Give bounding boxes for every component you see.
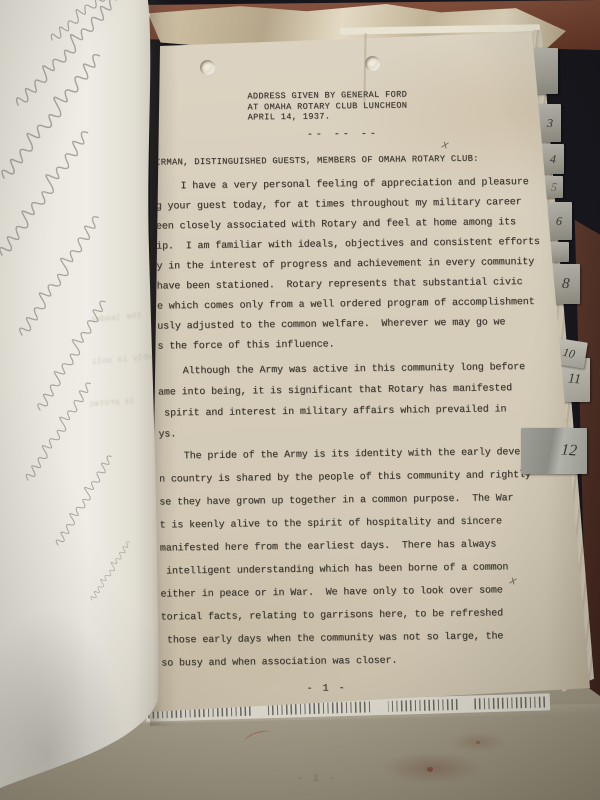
paragraph-3: The pride of the Army is its identity wi…: [159, 440, 582, 675]
index-tab-12: 12: [521, 428, 587, 474]
page-number: - 1 -: [162, 681, 492, 696]
typed-text: ADDRESS GIVEN BY GENERAL FORD AT OMAHA R…: [154, 87, 581, 696]
handwritten-left-page: the leader ably is soli is protec: [0, 0, 180, 800]
salutation-line: IRMAN, DISTINGUISHED GUESTS, MEMBERS OF …: [155, 152, 575, 167]
punch-hole: [365, 56, 380, 71]
punch-hole: [200, 60, 215, 75]
index-tab-3: 3: [538, 104, 561, 142]
stain-spot: [476, 741, 480, 744]
paragraph-1: I have a very personal feeling of apprec…: [155, 172, 577, 357]
index-tab-5: 5: [544, 176, 563, 198]
stain-spot: [427, 767, 433, 772]
cover-ghost-page-number: - 1 -: [282, 774, 352, 785]
index-tab-8: 8: [552, 264, 580, 304]
index-tab: [550, 242, 569, 262]
index-tab: [534, 48, 558, 94]
index-tab-4: 4: [541, 144, 564, 174]
dash-separator: -- -- --: [307, 126, 575, 141]
archival-photo: - 1 - 3 4 5 6 8 11 10 12 ADDRESS GIVEN B…: [0, 0, 600, 800]
document-heading: ADDRESS GIVEN BY GENERAL FORD AT OMAHA R…: [247, 87, 574, 123]
typed-document-page: ADDRESS GIVEN BY GENERAL FORD AT OMAHA R…: [148, 30, 592, 714]
paragraph-2: Although the Army was active in this com…: [158, 356, 579, 445]
index-tab-6: 6: [546, 202, 572, 240]
